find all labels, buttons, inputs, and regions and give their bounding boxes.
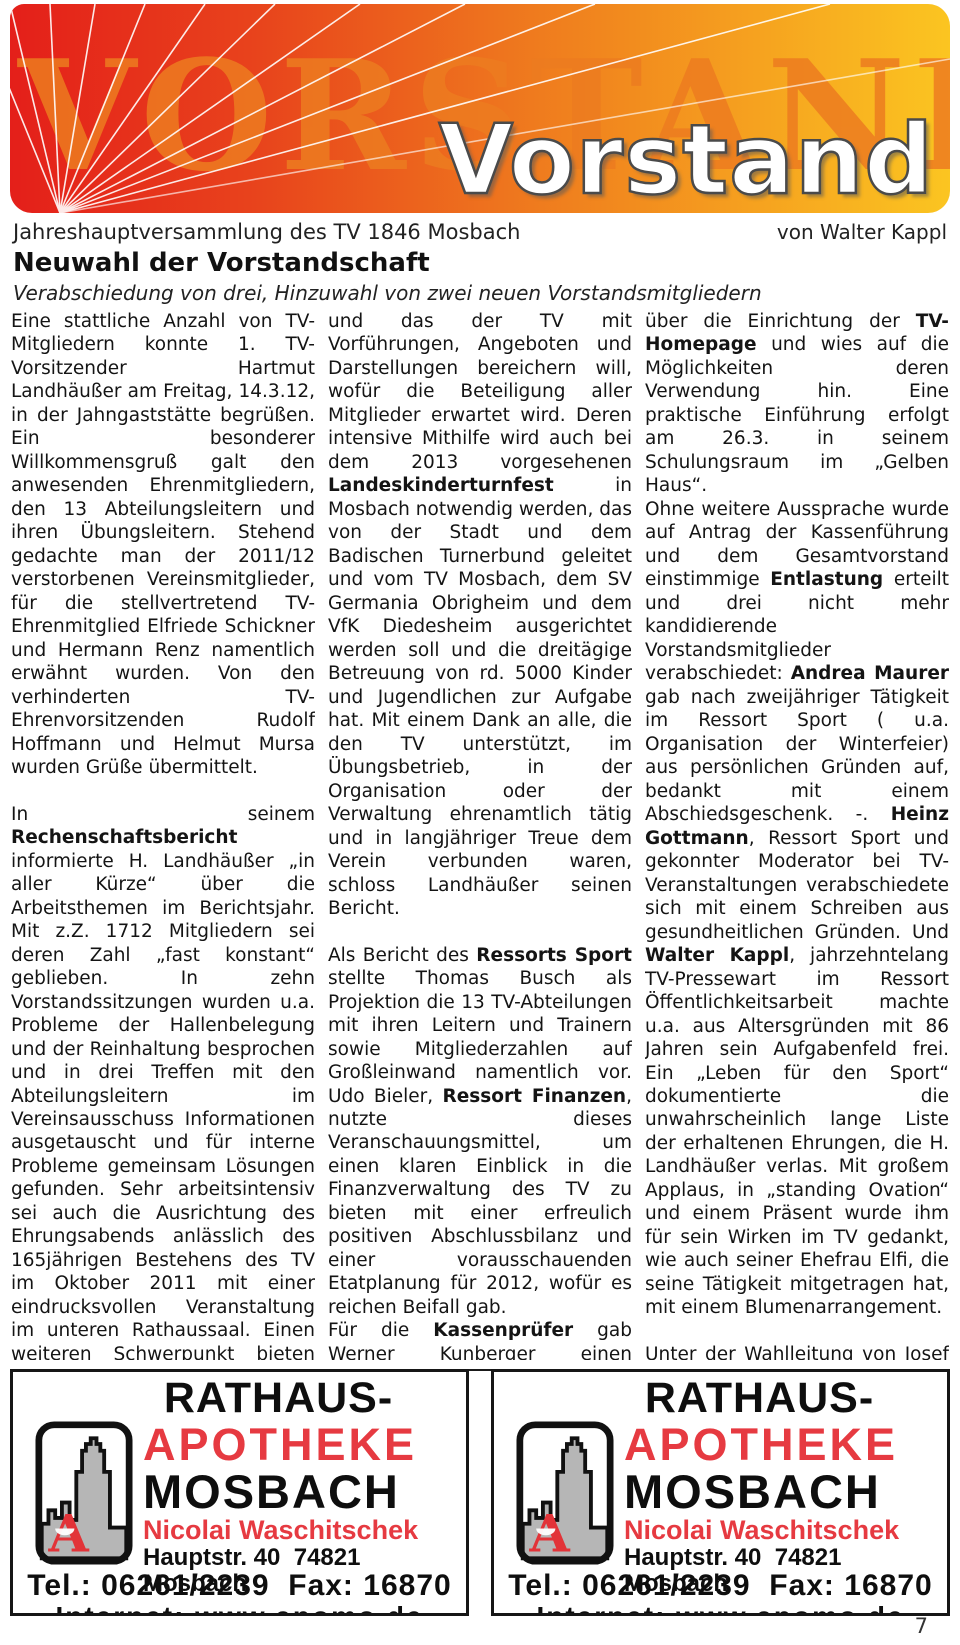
article-paragraph: Für die Kassenprüfer gab Werner Kunberge… — [328, 1319, 632, 1360]
article-paragraph: Als Bericht des Ressorts Sport stellte T… — [328, 944, 632, 1320]
pharmacy-city: MOSBACH — [143, 1468, 460, 1516]
byline: von Walter Kappl — [777, 220, 947, 244]
pharmacy-website: Internet: www.apomo.de — [19, 1602, 460, 1616]
article-subtitle: Verabschiedung von drei, Hinzuwahl von z… — [13, 281, 947, 305]
article-paragraph: und das der TV mit Vorführungen, Angebot… — [328, 310, 632, 921]
article-column-1: Eine stattliche Anzahl von TV-Mitglieder… — [11, 310, 315, 1360]
footer-ads: RATHAUS- A APOTHEKE MOSBACH Nicolai Wasc… — [10, 1369, 950, 1616]
pharmacy-phone: Tel.: 06261/2239 Fax: 16870 — [19, 1570, 460, 1602]
banner-title: Vorstand — [439, 110, 934, 211]
newsletter-page: VORSTAND Vorstand Jahreshauptversammlung… — [0, 0, 960, 1645]
pharmacy-name-red: APOTHEKE — [143, 1422, 460, 1468]
pharmacy-owner: Nicolai Waschitschek — [624, 1516, 941, 1545]
pharmacy-owner: Nicolai Waschitschek — [143, 1516, 460, 1545]
pharmacy-name-red: APOTHEKE — [624, 1422, 941, 1468]
pharmacy-phone: Tel.: 06261/2239 Fax: 16870 — [500, 1570, 941, 1602]
pharmacy-website: Internet: www.apomo.de — [500, 1602, 941, 1616]
article-column-3: über die Einrichtung der TV-Homepage und… — [645, 310, 949, 1360]
page-number: 7 — [915, 1614, 928, 1638]
vorstand-banner: VORSTAND Vorstand — [10, 4, 950, 213]
pharmacy-city: MOSBACH — [624, 1468, 941, 1516]
article-paragraph: Eine stattliche Anzahl von TV-Mitglieder… — [11, 310, 315, 780]
pharmacy-logo-icon: A — [514, 1420, 616, 1566]
article-paragraph: Ohne weitere Aussprache wurde auf Antrag… — [645, 498, 949, 1320]
pharmacy-logo-icon: A — [33, 1420, 135, 1566]
pharmacy-ad-left: RATHAUS- A APOTHEKE MOSBACH Nicolai Wasc… — [10, 1369, 469, 1616]
article-paragraph: Unter der Wahlleitung von Josef Kronawet… — [645, 1343, 949, 1360]
article-header: Jahreshauptversammlung des TV 1846 Mosba… — [13, 220, 947, 305]
pharmacy-name-top: RATHAUS- — [19, 1376, 460, 1420]
article-column-2: und das der TV mit Vorführungen, Angebot… — [328, 310, 632, 1360]
article-body: Eine stattliche Anzahl von TV-Mitglieder… — [11, 310, 949, 1360]
article-paragraph: über die Einrichtung der TV-Homepage und… — [645, 310, 949, 498]
article-paragraph: In seinem Rechenschaftsbericht informier… — [11, 803, 315, 1360]
pharmacy-ad-right: RATHAUS- A APOTHEKE MOSBACH Nicolai Wasc… — [491, 1369, 950, 1616]
kicker: Jahreshauptversammlung des TV 1846 Mosba… — [13, 220, 520, 244]
article-title: Neuwahl der Vorstandschaft — [13, 248, 947, 278]
pharmacy-name-top: RATHAUS- — [500, 1376, 941, 1420]
